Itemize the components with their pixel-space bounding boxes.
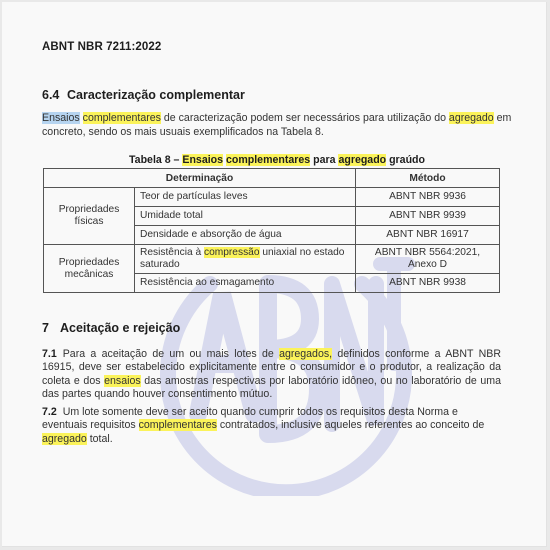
method-cell: ABNT NBR 9939 (356, 207, 500, 226)
paragraph-number: 7.1 (42, 348, 57, 361)
highlighted-term: agregado (338, 154, 386, 166)
cell-text: Resistência à (140, 247, 204, 258)
determination-cell: Resistência à compressão uniaxial no est… (135, 245, 356, 274)
section-title: Caracterização complementar (67, 88, 245, 102)
paragraph-text: contratados, inclusive aqueles referente… (217, 419, 484, 431)
highlighted-term: ensaios (104, 375, 141, 387)
highlighted-term: agregado (42, 433, 87, 445)
method-cell: ABNT NBR 5564:2021, Anexo D (356, 245, 500, 274)
highlighted-term: compressão (204, 247, 260, 258)
section-number: 6.4 (42, 88, 67, 102)
table-row: Propriedades mecânicas Resistência à com… (44, 245, 500, 274)
group-label: Propriedades mecânicas (44, 245, 135, 293)
paragraph-6-4[interactable]: Ensaios complementares de caracterização… (42, 112, 512, 139)
section-heading-7: 7Aceitação e rejeição (42, 321, 180, 335)
method-cell: ABNT NBR 9936 (356, 188, 500, 207)
table-caption: Tabela 8 – Ensaios complementares para a… (42, 154, 512, 166)
highlighted-term: agregados, (279, 348, 332, 360)
header-metodo: Método (356, 169, 500, 188)
highlighted-term: complementares (83, 112, 161, 124)
table-8: Determinação Método Propriedades físicas… (43, 168, 500, 293)
table-header-row: Determinação Método (44, 169, 500, 188)
table-row: Propriedades físicas Teor de partículas … (44, 188, 500, 207)
highlighted-term: complementares (226, 154, 310, 166)
method-cell: ABNT NBR 9938 (356, 274, 500, 293)
caption-text: graúdo (386, 154, 425, 166)
group-label: Propriedades físicas (44, 188, 135, 245)
paragraph-7-1: 7.1Para a aceitação de um ou mais lotes … (42, 348, 501, 402)
determination-cell: Teor de partículas leves (135, 188, 356, 207)
determination-cell: Densidade e absorção de água (135, 226, 356, 245)
header-determinacao: Determinação (44, 169, 356, 188)
determination-cell: Umidade total (135, 207, 356, 226)
paragraph-number: 7.2 (42, 406, 57, 419)
caption-text: Tabela 8 – (129, 154, 182, 166)
method-cell: ABNT NBR 16917 (356, 226, 500, 245)
document-id: ABNT NBR 7211:2022 (42, 41, 161, 53)
paragraph-7-2: 7.2Um lote somente deve ser aceito quand… (42, 406, 501, 446)
section-heading-6-4: 6.4Caracterização complementar (42, 88, 245, 102)
paragraph-text: de caracterização podem ser necessários … (161, 112, 449, 124)
section-title: Aceitação e rejeição (60, 321, 180, 335)
highlighted-term: agregado (449, 112, 494, 124)
paragraph-text: total. (87, 433, 113, 445)
document-page: ABNT NBR 7211:2022 6.4Caracterização com… (2, 2, 547, 547)
caption-text: para (310, 154, 338, 166)
determination-cell: Resistência ao esmagamento (135, 274, 356, 293)
section-number: 7 (42, 321, 60, 335)
selected-text[interactable]: Ensaios (42, 112, 80, 124)
highlighted-term: Ensaios (182, 154, 223, 166)
highlighted-term: complementares (139, 419, 217, 431)
paragraph-text: Para a aceitação de um ou mais lotes de (63, 348, 279, 360)
